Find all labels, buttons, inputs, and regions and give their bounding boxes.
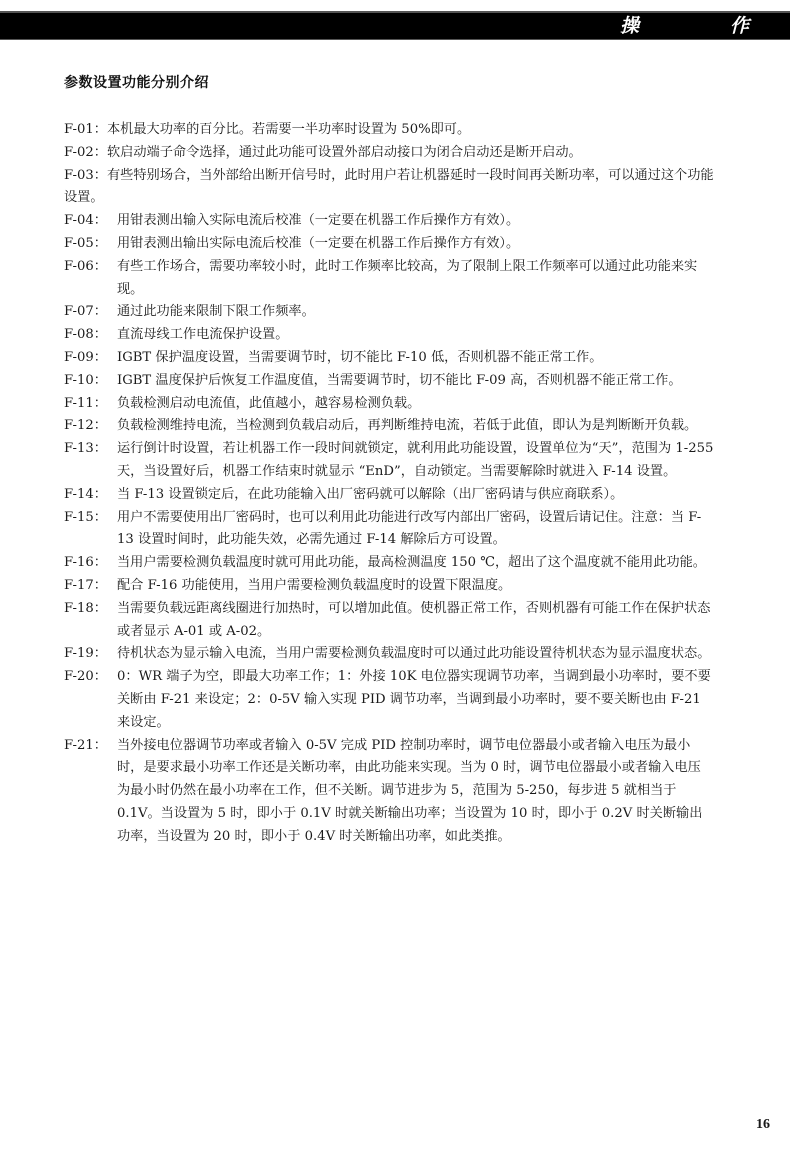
param-item: F-10：IGBT 温度保护后恢复工作温度值，当需要调节时，切不能比 F-09 … — [64, 370, 714, 393]
param-desc: 当外接电位器调节功率或者输入 0-5V 完成 PID 控制功率时，调节电位器最小… — [117, 735, 714, 849]
param-item: F-17：配合 F-16 功能使用，当用户需要检测负载温度时的设置下限温度。 — [64, 575, 714, 598]
param-code: F-13： — [64, 438, 117, 461]
param-item: F-19：待机状态为显示输入电流，当用户需要检测负载温度时可以通过此功能设置待机… — [64, 643, 714, 666]
param-desc: 有些特别场合，当外部给出断开信号时，此时用户若让机器延时一段时间再关断功率，可以… — [64, 168, 714, 206]
chapter-header-bar: 操 作 — [0, 11, 790, 40]
param-item: F-05：用钳表测出输出实际电流后校准（一定要在机器工作后操作方有效）。 — [64, 233, 714, 256]
param-code: F-19： — [64, 643, 117, 666]
param-code: F-04： — [64, 210, 117, 233]
param-code: F-09： — [64, 347, 117, 370]
param-item: F-09：IGBT 保护温度设置，当需要调节时，切不能比 F-10 低，否则机器… — [64, 347, 714, 370]
param-code: F-18： — [64, 598, 117, 621]
param-desc: 负载检测启动电流值，此值越小，越容易检测负载。 — [117, 393, 714, 416]
param-code: F-15： — [64, 507, 117, 530]
param-item: F-04：用钳表测出输入实际电流后校准（一定要在机器工作后操作方有效）。 — [64, 210, 714, 233]
param-desc: 当用户需要检测负载温度时就可用此功能，最高检测温度 150 ℃，超出了这个温度就… — [117, 552, 714, 575]
param-desc: 当需要负载远距离线圈进行加热时，可以增加此值。使机器正常工作，否则机器有可能工作… — [117, 598, 714, 644]
param-desc: 用钳表测出输出实际电流后校准（一定要在机器工作后操作方有效）。 — [117, 233, 714, 256]
param-item: F-14：当 F-13 设置锁定后，在此功能输入出厂密码就可以解除（出厂密码请与… — [64, 484, 714, 507]
param-code: F-17： — [64, 575, 117, 598]
param-desc: 负载检测维持电流，当检测到负载启动后，再判断维持电流，若低于此值，即认为是判断断… — [117, 415, 714, 438]
param-item: F-02：软启动端子命令选择，通过此功能可设置外部启动接口为闭合启动还是断开启动… — [64, 142, 714, 165]
param-code: F-20： — [64, 666, 117, 689]
param-code: F-03： — [64, 168, 107, 183]
chapter-title-char-2: 作 — [730, 14, 749, 38]
chapter-title-char-1: 操 — [620, 14, 639, 38]
param-desc: IGBT 保护温度设置，当需要调节时，切不能比 F-10 低，否则机器不能正常工… — [117, 347, 714, 370]
page-number: 16 — [756, 1117, 770, 1133]
param-item: F-08：直流母线工作电流保护设置。 — [64, 324, 714, 347]
param-desc: 配合 F-16 功能使用，当用户需要检测负载温度时的设置下限温度。 — [117, 575, 714, 598]
param-item: F-18：当需要负载远距离线圈进行加热时，可以增加此值。使机器正常工作，否则机器… — [64, 598, 714, 644]
param-item: F-16：当用户需要检测负载温度时就可用此功能，最高检测温度 150 ℃，超出了… — [64, 552, 714, 575]
param-code: F-11： — [64, 393, 117, 416]
section-title: 参数设置功能分别介绍 — [64, 72, 209, 92]
param-code: F-14： — [64, 484, 117, 507]
param-item: F-13：运行倒计时设置，若让机器工作一段时间就锁定，就利用此功能设置，设置单位… — [64, 438, 714, 484]
param-code: F-06： — [64, 256, 117, 279]
param-item: F-01：本机最大功率的百分比。若需要一半功率时设置为 50%即可。 — [64, 119, 714, 142]
param-code: F-21： — [64, 735, 117, 758]
param-item: F-11：负载检测启动电流值，此值越小，越容易检测负载。 — [64, 393, 714, 416]
param-item: F-21：当外接电位器调节功率或者输入 0-5V 完成 PID 控制功率时，调节… — [64, 735, 714, 849]
param-item: F-07：通过此功能来限制下限工作频率。 — [64, 301, 714, 324]
param-code: F-16： — [64, 552, 117, 575]
param-desc: 用钳表测出输入实际电流后校准（一定要在机器工作后操作方有效）。 — [117, 210, 714, 233]
param-desc: 通过此功能来限制下限工作频率。 — [117, 301, 714, 324]
param-code: F-08： — [64, 324, 117, 347]
param-desc: IGBT 温度保护后恢复工作温度值，当需要调节时，切不能比 F-09 高，否则机… — [117, 370, 714, 393]
param-item: F-15：用户不需要使用出厂密码时，也可以利用此功能进行改写内部出厂密码，设置后… — [64, 507, 714, 553]
param-code: F-01： — [64, 122, 107, 137]
param-desc: 待机状态为显示输入电流，当用户需要检测负载温度时可以通过此功能设置待机状态为显示… — [117, 643, 714, 666]
param-item: F-20：0：WR 端子为空，即最大功率工作；1：外接 10K 电位器实现调节功… — [64, 666, 714, 734]
param-code: F-07： — [64, 301, 117, 324]
param-desc: 本机最大功率的百分比。若需要一半功率时设置为 50%即可。 — [107, 122, 470, 137]
param-desc: 软启动端子命令选择，通过此功能可设置外部启动接口为闭合启动还是断开启动。 — [107, 145, 582, 160]
param-code: F-10： — [64, 370, 117, 393]
param-desc: 运行倒计时设置，若让机器工作一段时间就锁定，就利用此功能设置，设置单位为“天”，… — [117, 438, 714, 484]
param-code: F-12： — [64, 415, 117, 438]
param-item: F-06：有些工作场合，需要功率较小时，此时工作频率比较高，为了限制上限工作频率… — [64, 256, 714, 302]
param-code: F-05： — [64, 233, 117, 256]
param-desc: 当 F-13 设置锁定后，在此功能输入出厂密码就可以解除（出厂密码请与供应商联系… — [117, 484, 714, 507]
parameter-list: F-01：本机最大功率的百分比。若需要一半功率时设置为 50%即可。 F-02：… — [64, 119, 714, 849]
param-desc: 0：WR 端子为空，即最大功率工作；1：外接 10K 电位器实现调节功率，当调到… — [117, 666, 714, 734]
param-desc: 用户不需要使用出厂密码时，也可以利用此功能进行改写内部出厂密码，设置后请记住。注… — [117, 507, 714, 553]
param-item: F-12：负载检测维持电流，当检测到负载启动后，再判断维持电流，若低于此值，即认… — [64, 415, 714, 438]
param-item: F-03：有些特别场合，当外部给出断开信号时，此时用户若让机器延时一段时间再关断… — [64, 165, 714, 211]
param-desc: 直流母线工作电流保护设置。 — [117, 324, 714, 347]
param-desc: 有些工作场合，需要功率较小时，此时工作频率比较高，为了限制上限工作频率可以通过此… — [117, 256, 714, 302]
param-code: F-02： — [64, 145, 107, 160]
